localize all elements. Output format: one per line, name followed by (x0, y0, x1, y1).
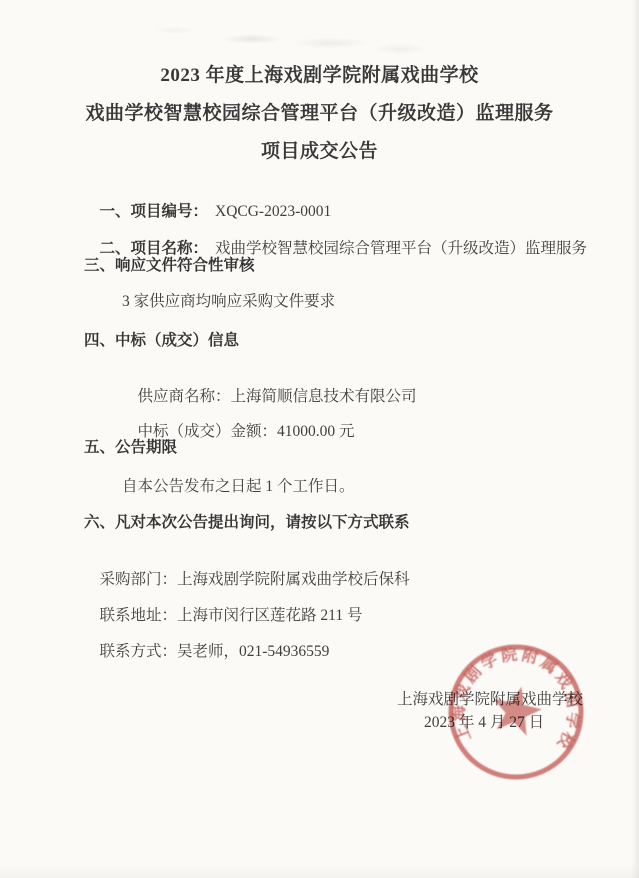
title-line-3: 项目成交公告 (0, 133, 639, 171)
contact-phone-line: 联系方式：吴老师，021-54936559 (84, 622, 329, 682)
scanned-document-page: 2023 年度上海戏剧学院附属戏曲学校 戏曲学校智慧校园综合管理平台（升级改造）… (0, 0, 639, 878)
contact-phone-value: 吴老师，021-54936559 (177, 643, 329, 660)
compliance-review-detail: 3 家供应商均响应采购文件要求 (122, 292, 335, 312)
item-project-name-label: 二、项目名称： (100, 240, 209, 257)
announcement-period-detail: 自本公告发布之日起 1 个工作日。 (122, 477, 355, 497)
official-seal-stamp: 上海戏剧学院附属戏曲学校 (425, 621, 606, 802)
item-announcement-period-heading: 五、公告期限 (84, 438, 177, 458)
item-compliance-review-heading: 三、响应文件符合性审核 (84, 256, 255, 276)
title-line-1: 2023 年度上海戏剧学院附属戏曲学校 (0, 57, 639, 95)
item-project-number-label: 一、项目编号： (100, 203, 209, 220)
award-amount-value: 41000.00 元 (277, 423, 355, 440)
title-line-2: 戏曲学校智慧校园综合管理平台（升级改造）监理服务 (0, 95, 639, 133)
seal-graphic: 上海戏剧学院附属戏曲学校 (444, 640, 588, 781)
item-inquiry-contact-heading: 六、凡对本次公告提出询问，请按以下方式联系 (84, 513, 410, 533)
item-project-name-value: 戏曲学校智慧校园综合管理平台（升级改造）监理服务 (215, 240, 587, 257)
item-award-info-heading: 四、中标（成交）信息 (84, 331, 239, 351)
seal-star-icon (487, 681, 545, 737)
document-title: 2023 年度上海戏剧学院附属戏曲学校 戏曲学校智慧校园综合管理平台（升级改造）… (0, 57, 639, 171)
contact-phone-label: 联系方式： (100, 643, 178, 660)
item-project-number-value: XQCG-2023-0001 (215, 203, 331, 220)
